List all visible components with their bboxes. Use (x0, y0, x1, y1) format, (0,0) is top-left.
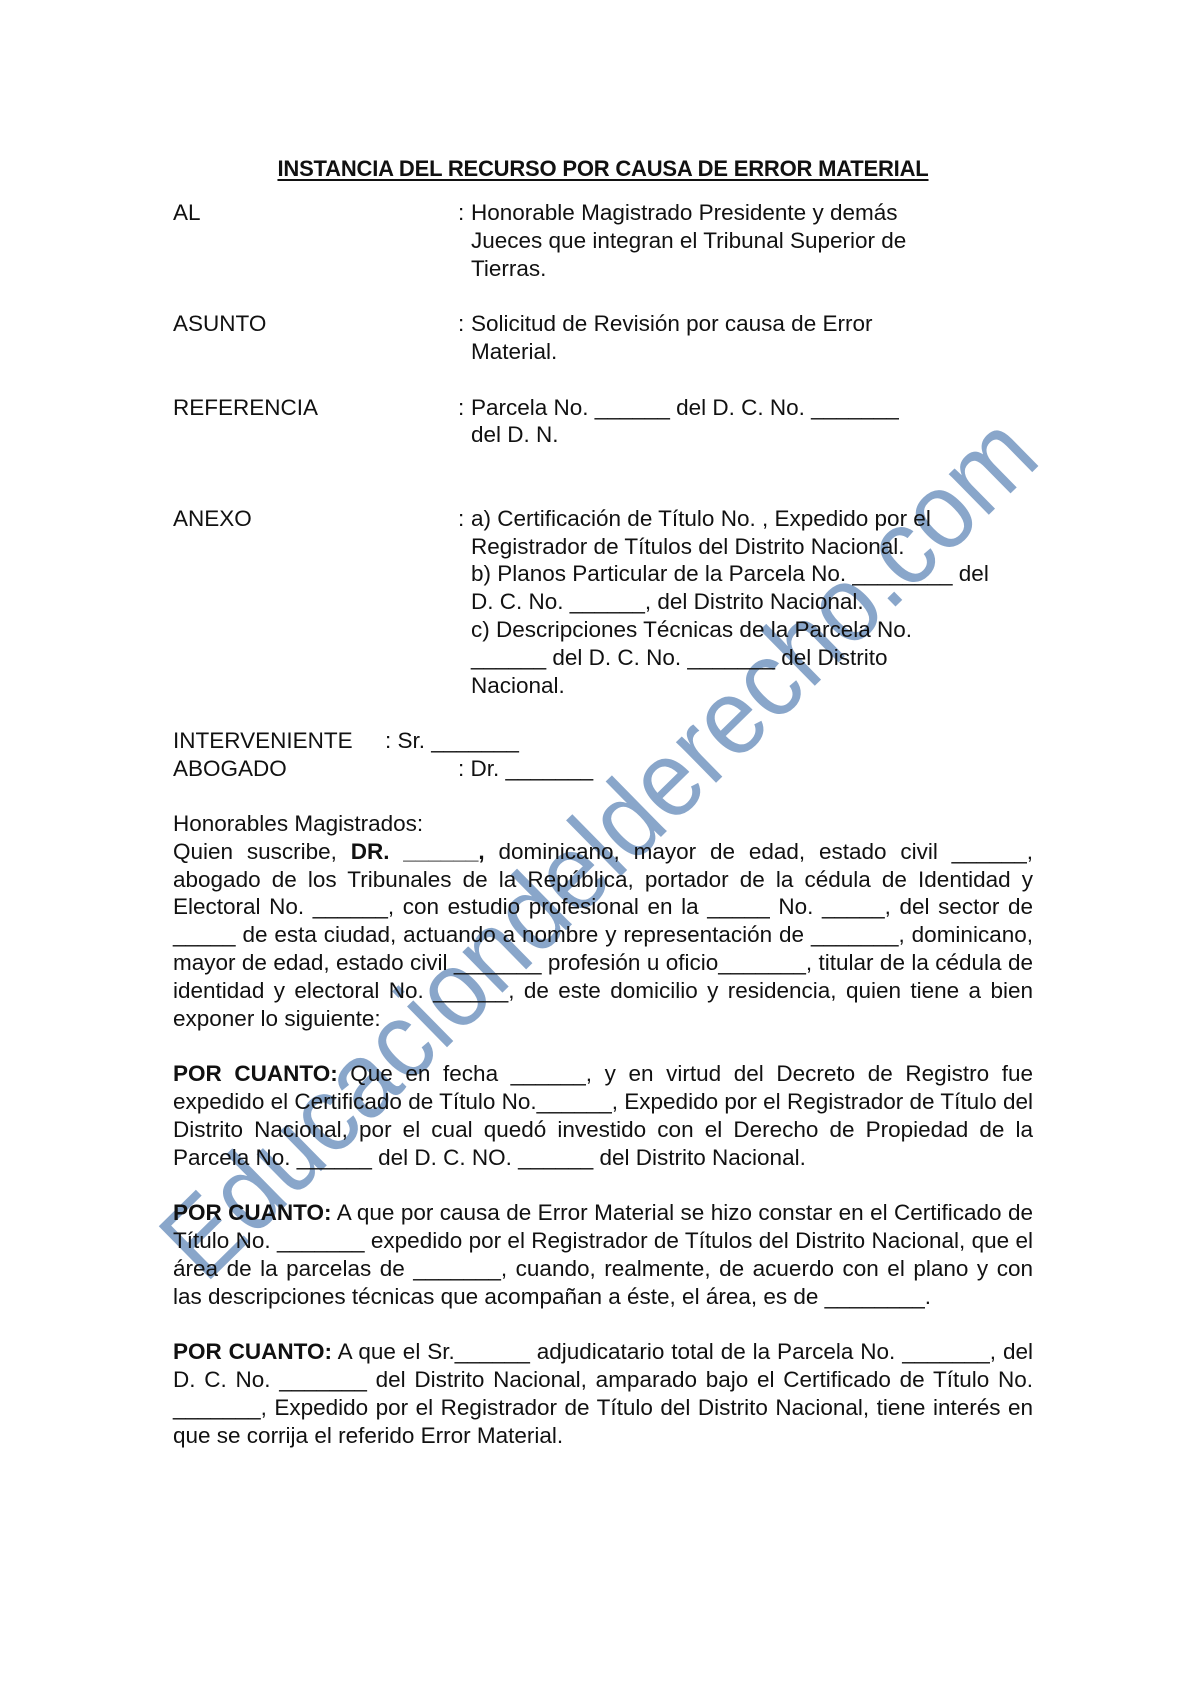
abogado-label: ABOGADO (173, 755, 458, 783)
parties: INTERVENIENTE: Sr. _______ ABOGADO: Dr. … (173, 727, 1033, 783)
interveniente-value: : Sr. _______ (385, 728, 519, 753)
field-interveniente: INTERVENIENTE: Sr. _______ (173, 727, 1033, 755)
field-al: AL : Honorable Magistrado Presidente y d… (173, 199, 1033, 282)
lawyer-name: DR. ______, (351, 839, 485, 864)
field-label: REFERENCIA (173, 394, 458, 422)
por-cuanto-1: POR CUANTO: Que en fecha ______, y en vi… (173, 1060, 1033, 1171)
salutation: Honorables Magistrados: (173, 810, 1033, 838)
field-value: a) Certificación de Título No. , Expedid… (471, 505, 1033, 700)
field-label: ANEXO (173, 505, 458, 533)
field-colon: : (458, 505, 471, 533)
field-anexo: ANEXO : a) Certificación de Título No. ,… (173, 505, 1033, 700)
field-value: Parcela No. ______ del D. C. No. _______… (471, 394, 1033, 450)
field-value: Honorable Magistrado Presidente y demás … (471, 199, 1033, 282)
field-colon: : (458, 199, 471, 227)
interveniente-label: INTERVENIENTE (173, 727, 385, 755)
field-abogado: ABOGADO: Dr. _______ (173, 755, 1033, 783)
field-colon: : (458, 310, 471, 338)
intro-paragraph: Quien suscribe, DR. ______, dominicano, … (173, 838, 1033, 1033)
por-cuanto-heading: POR CUANTO: (173, 1200, 332, 1225)
document-page: Educaciondelderecho.com INSTANCIA DEL RE… (0, 0, 1200, 1698)
field-asunto: ASUNTO : Solicitud de Revisión por causa… (173, 310, 1033, 366)
por-cuanto-3: POR CUANTO: A que el Sr.______ adjudicat… (173, 1338, 1033, 1449)
document-body: Honorables Magistrados: Quien suscribe, … (173, 810, 1033, 1449)
header-fields: AL : Honorable Magistrado Presidente y d… (173, 199, 1033, 699)
intro-lead: Quien suscribe, (173, 839, 351, 864)
por-cuanto-heading: POR CUANTO: (173, 1061, 338, 1086)
por-cuanto-heading: POR CUANTO: (173, 1339, 332, 1364)
document-title: INSTANCIA DEL RECURSO POR CAUSA DE ERROR… (233, 155, 973, 183)
field-label: AL (173, 199, 458, 227)
field-value: Solicitud de Revisión por causa de Error… (471, 310, 1033, 366)
abogado-value: : Dr. _______ (458, 756, 593, 781)
field-colon: : (458, 394, 471, 422)
intro-text: dominicano, mayor de edad, estado civil … (173, 839, 1033, 1031)
field-referencia: REFERENCIA : Parcela No. ______ del D. C… (173, 394, 1033, 450)
field-label: ASUNTO (173, 310, 458, 338)
por-cuanto-2: POR CUANTO: A que por causa de Error Mat… (173, 1199, 1033, 1310)
